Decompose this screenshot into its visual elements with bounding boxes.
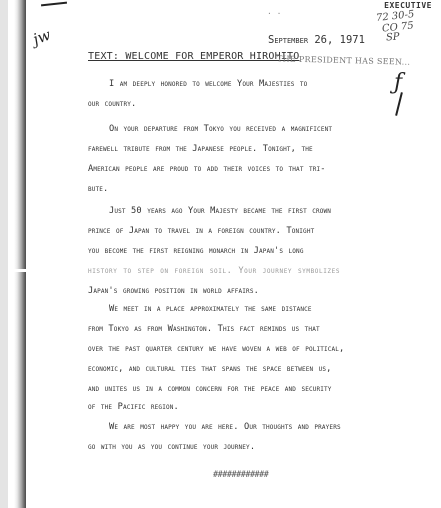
body-line: I am deeply honored to welcome Your Maje… [109,79,307,89]
scan-speck: . . [267,7,281,16]
scan-binding-gap [8,269,28,272]
body-line: of the Pacific region. [88,402,179,412]
pen-stroke-mark [41,2,67,7]
body-line: and unites us in a common concern for th… [88,384,332,394]
body-line: over the past quarter century we have wo… [88,344,344,354]
body-line: economic, and cultural ties that spans t… [88,364,332,374]
body-line: our country. [88,99,136,109]
body-line: prince of Japan to travel in a foreign c… [88,226,314,236]
body-line: American people are proud to add their v… [88,164,326,174]
body-line: We are most happy you are here. Our thou… [109,422,341,432]
scan-binding-edge [14,0,26,508]
document-title: TEXT: WELCOME FOR EMPEROR HIROHITO [88,51,300,62]
initials-stroke [395,92,403,116]
body-line: farewell tribute from the Japanese peopl… [88,144,313,154]
margin-initials: jw [30,26,53,49]
body-line: go with you as you continue your journey… [88,442,255,452]
end-of-text-mark: ############ [213,470,268,480]
file-code-3: SP [386,32,400,44]
body-line-faded: history to step on foreign soil. Your jo… [88,266,340,276]
body-line: Just 50 years ago Your Majesty became th… [109,206,331,216]
president-seen-stamp: THE PRESIDENT HAS SEEN... [277,54,410,66]
body-line: Japan's growing position in world affair… [88,286,259,296]
document-date: September 26, 1971 [268,34,365,46]
body-line: you become the first reigning monarch in… [88,246,304,256]
body-line: We meet in a place approximately the sam… [109,304,312,314]
body-line: On your departure from Tokyo you receive… [109,124,332,134]
body-line: bute. [88,184,108,194]
body-line: from Tokyo as from Washington. This fact… [88,324,320,334]
scan-left-margin [0,0,8,508]
